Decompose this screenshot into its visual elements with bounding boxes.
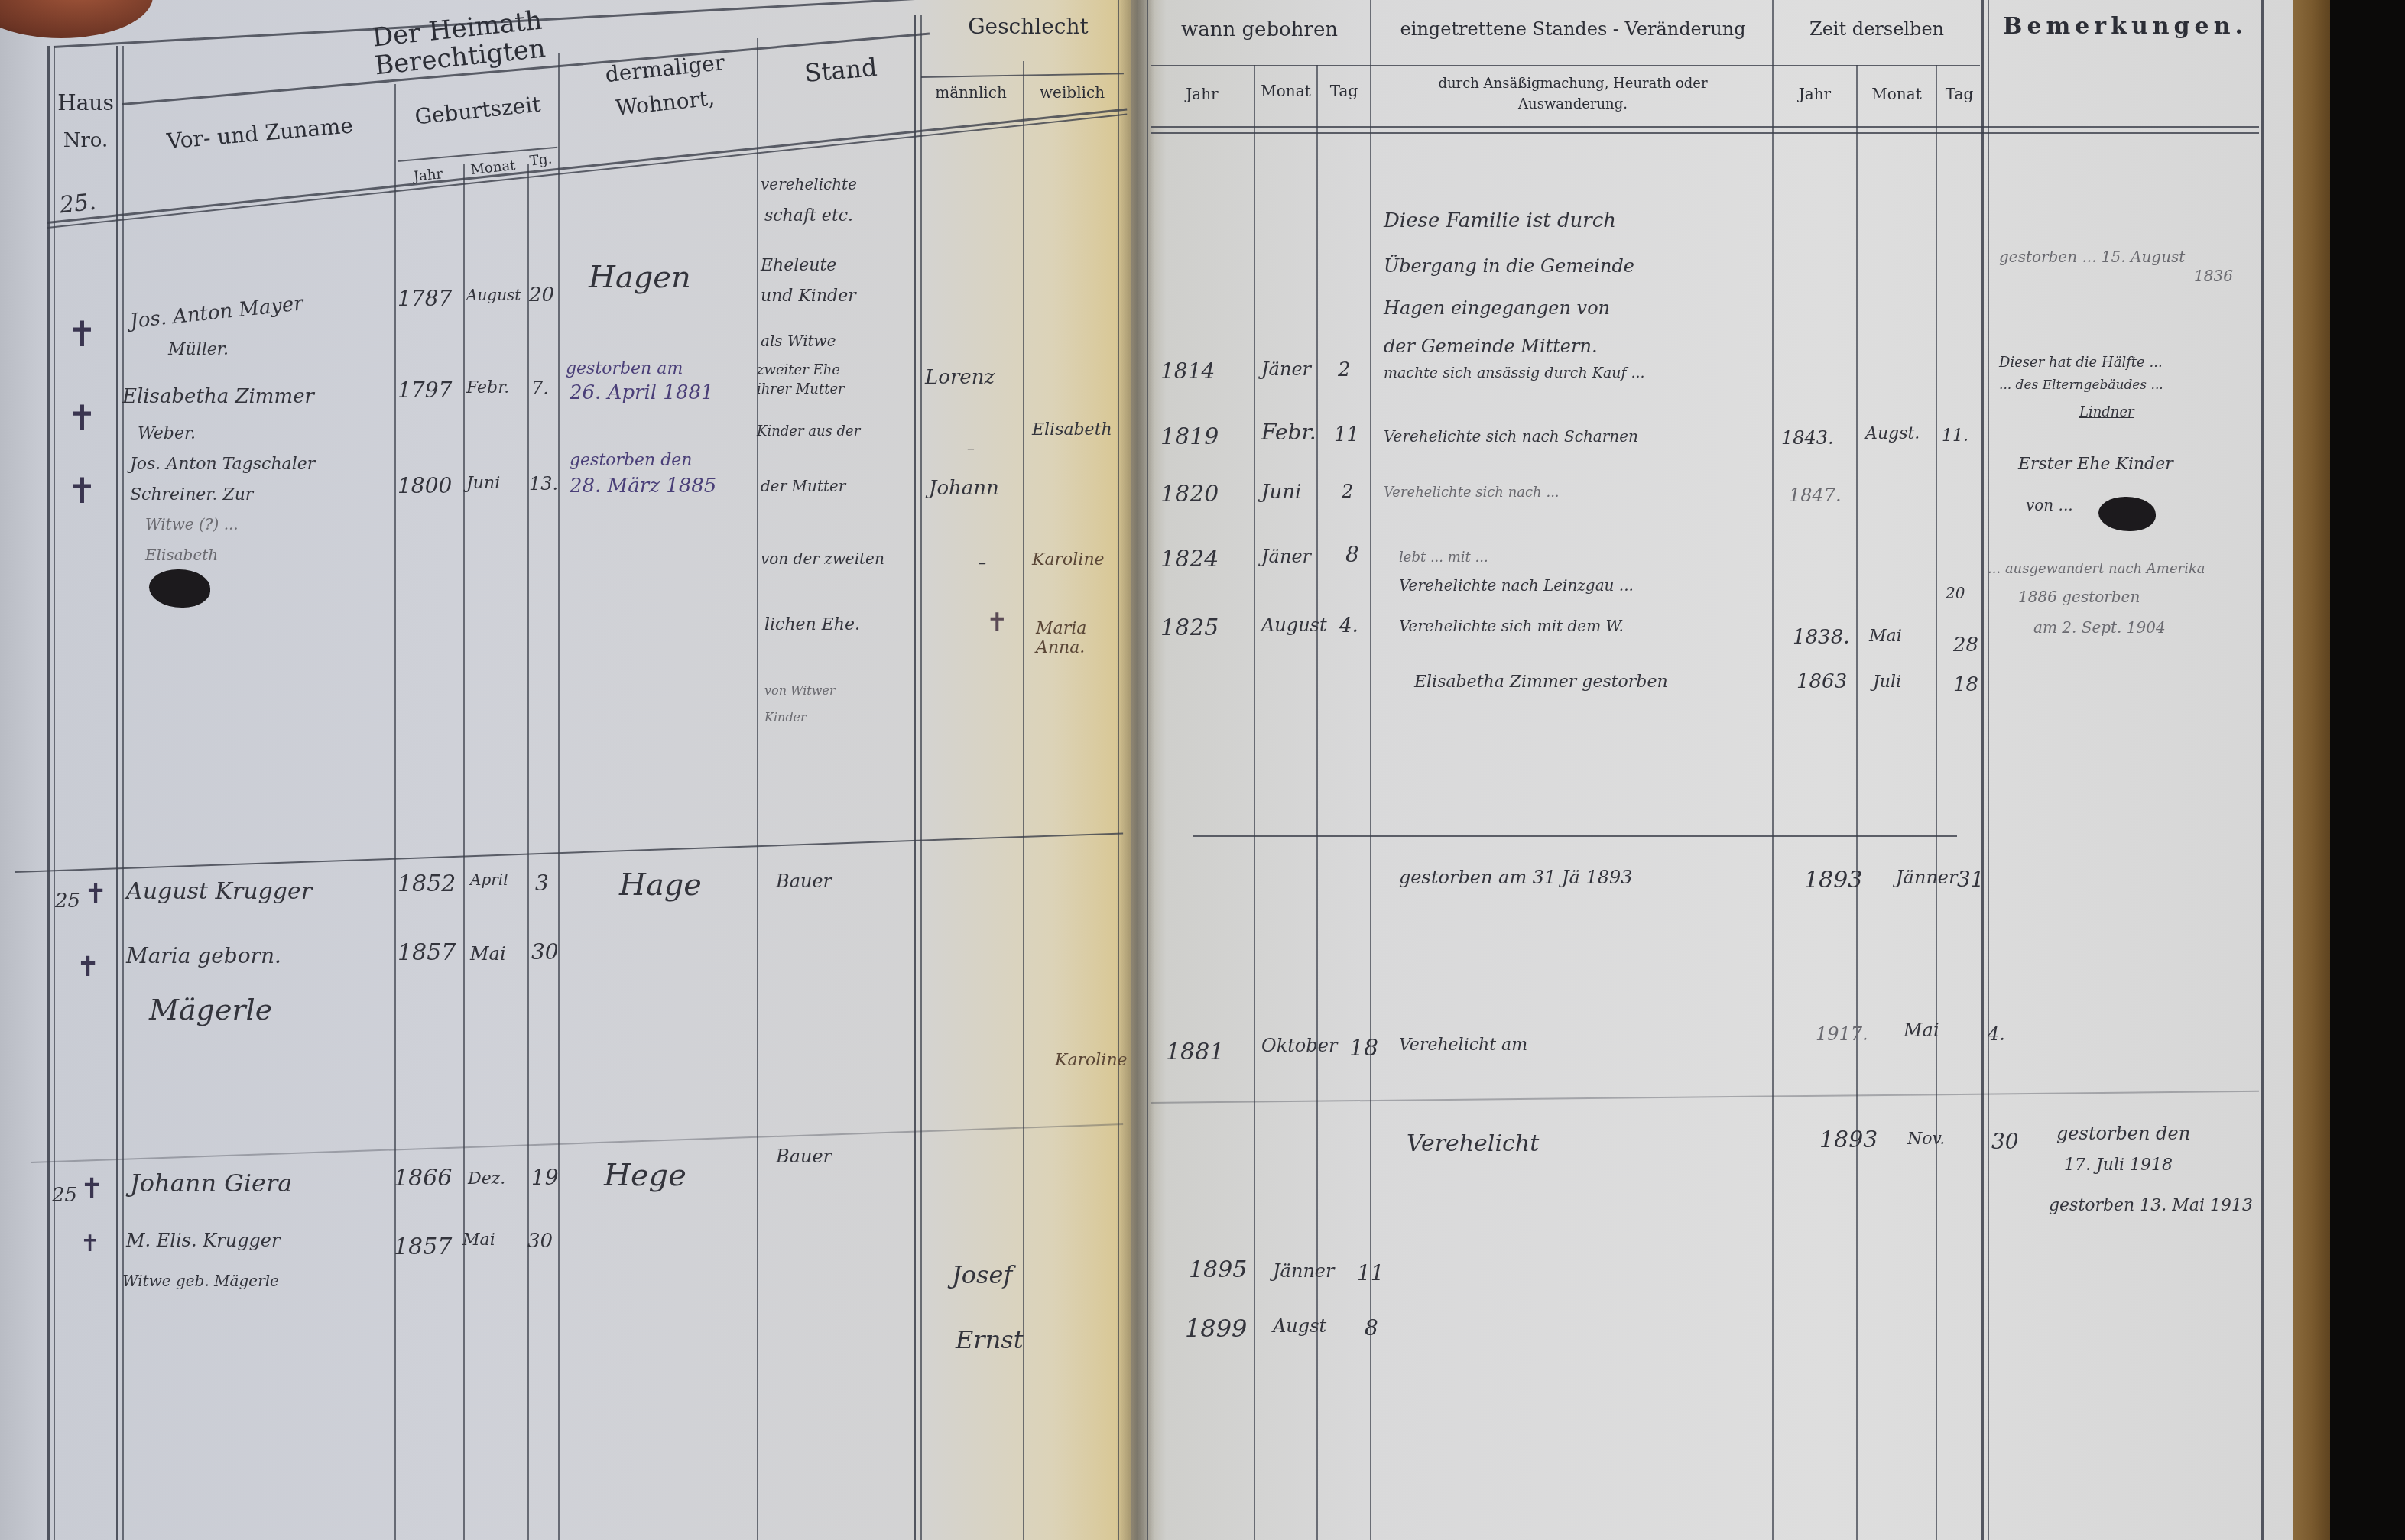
son-name: Lorenz [925, 367, 995, 390]
z-tag-header: Tag [1937, 86, 1981, 102]
remark-line: am 2. Sept. 1904 [2033, 619, 2166, 637]
stand-line: Eheleute [761, 256, 836, 275]
stand-line: schaft etc. [764, 206, 853, 225]
child-birth-month: August [1261, 615, 1327, 637]
status-change-line: Diese Familie ist durch [1384, 210, 1616, 233]
r-header-subrule [1151, 65, 1980, 66]
stand-line: als Witwe [761, 332, 836, 350]
daughter-name: Elisabeth [1032, 420, 1112, 439]
change-day: 4. [1988, 1024, 2005, 1046]
birth-year: 1857 [394, 1234, 452, 1261]
birth-day: 7. [531, 378, 549, 400]
child-birth-year: 1820 [1160, 481, 1219, 508]
change-day: 30 [1991, 1130, 2019, 1154]
person-name: August Krugger [126, 879, 312, 906]
child-birth-year: 1814 [1160, 359, 1215, 384]
death-cross-icon: ✝ [76, 952, 99, 983]
remark-line: 1886 gestorben [2018, 588, 2140, 606]
ink-blot [2098, 497, 2156, 531]
death-cross-icon: ✝ [80, 1173, 103, 1204]
bemerkungen-header: Bemerkungen. [1991, 14, 2259, 39]
person-occupation: Schreiner. Zur [130, 485, 253, 504]
child-birth-month: Jäner [1261, 546, 1311, 568]
birth-month: Dez. [468, 1169, 505, 1188]
veraenderung-sub-2: Auswanderung. [1376, 97, 1770, 112]
remark-line: Dieser hat die Hälfte ... [1999, 355, 2163, 371]
name-col-line [394, 84, 396, 1540]
change-day: 20 [1946, 585, 1965, 602]
sex-col-line [1023, 61, 1024, 1540]
remark-line: gestorben den [2056, 1123, 2190, 1145]
haus-col-line-inner [122, 46, 124, 1540]
haus-number: 25 [52, 1185, 77, 1208]
remark-line: Lindner [2079, 405, 2134, 421]
death-date: 26. April 1881 [570, 382, 714, 405]
z-jahr-col-line [1856, 65, 1858, 1540]
birth-month: Juni [466, 474, 500, 493]
child-birth-month: Juni [1261, 481, 1301, 504]
tag-col-line [558, 53, 560, 1540]
r-tag-col-line [1370, 0, 1371, 1540]
child-birth-month: Augst [1273, 1316, 1326, 1337]
dash-mark: – [967, 439, 975, 457]
birth-day: 20 [529, 284, 554, 307]
change-year: 1893 [1804, 867, 1862, 894]
wg-jahr-header: Jahr [1151, 86, 1254, 102]
change-month: Jänner [1896, 867, 1958, 889]
death-note: gestorben den [570, 451, 693, 470]
status-change-line: Verehelichte nach Leinzgau ... [1399, 577, 1634, 595]
remark-line: von ... [2026, 497, 2073, 514]
status-change-line: Übergang in die Gemeinde [1384, 256, 1634, 277]
child-birth-day: 8 [1365, 1316, 1378, 1341]
child-birth-month: Oktober [1261, 1036, 1337, 1057]
child-birth-day: 8 [1345, 543, 1359, 567]
child-birth-month: Jäner [1261, 359, 1311, 381]
change-year: 1917. [1816, 1024, 1868, 1046]
child-birth-day: 4. [1339, 615, 1358, 638]
son-name: Ernst [956, 1326, 1024, 1354]
child-birth-day: 11 [1357, 1261, 1384, 1285]
child-birth-year: 1895 [1189, 1257, 1247, 1284]
monat-col-line [527, 164, 529, 1540]
left-border-line-inner [54, 46, 55, 1540]
geschlecht-header: Geschlecht [933, 15, 1124, 39]
status-change-line: Verehelichte sich nach Scharnen [1384, 428, 1638, 446]
stand-line: und Kinder [761, 287, 856, 306]
change-day: 28 [1953, 634, 1978, 657]
standing: Bauer [776, 871, 832, 893]
status-change-line: Verehelichte sich nach ... [1384, 485, 1560, 501]
daughter-name: Karoline [1032, 550, 1105, 569]
remark-line: 1836 [2194, 267, 2233, 285]
r-jahr-col-line [1254, 65, 1255, 1540]
stand-line: von der zweiten [761, 550, 884, 568]
change-month: Juli [1873, 673, 1901, 692]
person-maiden-name: Witwe geb. Mägerle [122, 1273, 279, 1290]
person-name: M. Elis. Krugger [126, 1230, 281, 1252]
death-cross-icon: ✝ [986, 608, 1008, 638]
right-left-border [1147, 0, 1148, 1540]
birth-year: 1866 [394, 1166, 452, 1192]
death-cross-icon: ✝ [67, 470, 97, 511]
birth-year: 1797 [398, 378, 452, 403]
birth-year: 1852 [398, 871, 456, 898]
stand-line: der Mutter [761, 478, 845, 495]
person-note: Elisabeth [145, 546, 218, 564]
stand-line: zweiter Ehe [757, 363, 840, 379]
remark-line: Erster Ehe Kinder [2018, 455, 2173, 474]
child-birth-year: 1824 [1160, 546, 1219, 573]
remark-line: gestorben 13. Mai 1913 [2049, 1196, 2253, 1215]
wohnort-col-line [757, 38, 758, 1540]
birth-month: April [470, 871, 508, 889]
birth-month: Mai [462, 1230, 495, 1250]
stand-line: verehelichte [761, 176, 857, 193]
status-change-line: Hagen eingegangen von [1384, 298, 1610, 319]
r-row-divider-1 [1193, 835, 1957, 837]
person-name: Elisabetha Zimmer [122, 386, 314, 409]
child-birth-day: 2 [1338, 359, 1351, 382]
change-day: 31 [1957, 867, 1985, 892]
birth-year: 1787 [398, 287, 452, 311]
haus-number: 25 [55, 890, 80, 913]
stand-col-line [914, 15, 916, 1540]
veraenderung-col-line [1772, 0, 1774, 1540]
birth-month: August [466, 287, 521, 304]
status-change-line: lebt ... mit ... [1399, 550, 1488, 566]
remark-line: ... des Elterngebäudes ... [1999, 378, 2163, 394]
residence: Hagen [589, 260, 691, 295]
death-cross-icon: ✝ [67, 397, 97, 439]
person-occupation: Müller. [168, 340, 229, 359]
child-birth-year: 1899 [1185, 1315, 1247, 1343]
child-birth-day: 2 [1342, 481, 1353, 503]
death-date: 28. März 1885 [570, 475, 716, 498]
child-birth-day: 11 [1334, 424, 1359, 447]
birth-day: 13. [529, 474, 558, 495]
change-year: 1843. [1781, 428, 1834, 449]
death-cross-icon: ✝ [84, 879, 107, 910]
person-note: Witwe (?) ... [145, 516, 239, 533]
person-name: Johann Giera [130, 1169, 292, 1198]
stand-line: lichen Ehe. [764, 615, 860, 634]
child-birth-year: 1825 [1160, 615, 1219, 642]
wann-geboren-header: wann gebohren [1151, 19, 1368, 41]
child-birth-day: 18 [1349, 1036, 1378, 1062]
change-month: Augst. [1865, 424, 1920, 443]
remark-line: gestorben ... 15. August [1999, 248, 2185, 266]
son-name: Josef [952, 1261, 1012, 1289]
person-name: Maria geborn. [126, 944, 281, 968]
wg-monat-header: Monat [1255, 83, 1316, 99]
dash-mark: – [979, 554, 986, 572]
status-change-line: gestorben am 31 Jä 1893 [1399, 867, 1633, 889]
zeit-header: Zeit derselben [1774, 19, 1980, 39]
person-occupation: Weber. [138, 424, 196, 443]
maennlich-header: männlich [921, 84, 1021, 101]
birth-year: 1857 [398, 940, 456, 967]
remark-line: 17. Juli 1918 [2064, 1156, 2173, 1175]
book-gutter [1116, 0, 1154, 1540]
birth-day: 3 [535, 871, 549, 896]
standing: Bauer [776, 1146, 832, 1168]
left-page [0, 0, 1131, 1540]
r-header-bottom-rule [1151, 126, 2259, 128]
z-monat-header: Monat [1858, 86, 1936, 102]
status-change-line: Elisabetha Zimmer gestorben [1414, 673, 1668, 692]
residence: Hege [604, 1158, 686, 1193]
person-name: Jos. Anton Tagschaler [130, 455, 315, 474]
death-note: gestorben am [566, 359, 683, 378]
z-monat-col-line [1936, 65, 1937, 1540]
veraenderung-sub-1: durch Ansäßigmachung, Heurath oder [1376, 76, 1770, 92]
birth-day: 30 [531, 940, 559, 965]
right-border-line [2261, 0, 2264, 1540]
status-change-line: Verehelichte sich mit dem W. [1399, 618, 1624, 635]
change-year: 1838. [1793, 627, 1849, 650]
weiblich-col-line [1118, 0, 1119, 1540]
death-cross-icon: ✝ [80, 1230, 99, 1257]
son-name: Johann [929, 478, 999, 501]
change-year: 1863 [1796, 671, 1847, 694]
status-change-line: Verehelicht am [1399, 1036, 1527, 1055]
veraenderung-header: eingetrettene Standes - Veränderung [1376, 19, 1770, 39]
birth-day: 19 [531, 1166, 559, 1190]
birth-day: 30 [527, 1230, 553, 1253]
status-change-line: machte sich ansässig durch Kauf ... [1384, 365, 1645, 382]
z-jahr-header: Jahr [1774, 86, 1856, 102]
change-year: 1847. [1789, 485, 1842, 507]
r-header-bottom-rule-2 [1151, 132, 2259, 134]
status-change-line: der Gemeinde Mittern. [1384, 336, 1598, 358]
birth-month: Febr. [466, 378, 509, 397]
birth-month: Mai [470, 944, 506, 965]
change-year: 1893 [1819, 1127, 1878, 1154]
daughter-name: Maria Anna. [1036, 619, 1112, 658]
residence: Hage [619, 867, 702, 903]
stand-col-line-inner [920, 15, 922, 1540]
zeit-col-line [1981, 0, 1984, 1540]
change-month: Mai [1869, 627, 1902, 646]
death-cross-icon: ✝ [67, 313, 97, 355]
daughter-name: Karoline [1055, 1051, 1128, 1070]
left-border-line [47, 46, 50, 1540]
change-day: 18 [1953, 674, 1978, 697]
stand-line: von Witwer [764, 684, 836, 698]
jahr-col-line [463, 164, 465, 1540]
stand-line: ihrer Mutter [757, 382, 845, 398]
child-birth-month: Febr. [1261, 420, 1316, 445]
person-maiden-name: Mägerle [149, 994, 272, 1027]
haus-col-line [116, 46, 118, 1540]
right-page [1131, 0, 2293, 1540]
remark-line: ... ausgewandert nach Amerika [1988, 562, 2205, 578]
haus-header: Haus [55, 92, 116, 115]
nro-header: Nro. [55, 130, 116, 152]
child-birth-month: Jänner [1273, 1261, 1335, 1282]
birth-year: 1800 [398, 474, 452, 498]
haus-number: 25. [58, 190, 97, 219]
child-birth-year: 1881 [1166, 1039, 1224, 1066]
zeit-col-line-inner [1988, 0, 1989, 1540]
change-day: 11. [1942, 426, 1968, 446]
book-edge [2293, 0, 2330, 1540]
child-birth-year: 1819 [1160, 424, 1219, 451]
status-change-line: Verehelicht [1407, 1131, 1539, 1158]
weiblich-header: weiblich [1024, 84, 1120, 101]
change-month: Mai [1904, 1020, 1939, 1042]
wg-tag-header: Tag [1318, 83, 1370, 99]
change-month: Nov. [1907, 1130, 1945, 1149]
stand-line: Kinder [764, 711, 807, 725]
stand-line: Kinder aus der [757, 424, 860, 440]
